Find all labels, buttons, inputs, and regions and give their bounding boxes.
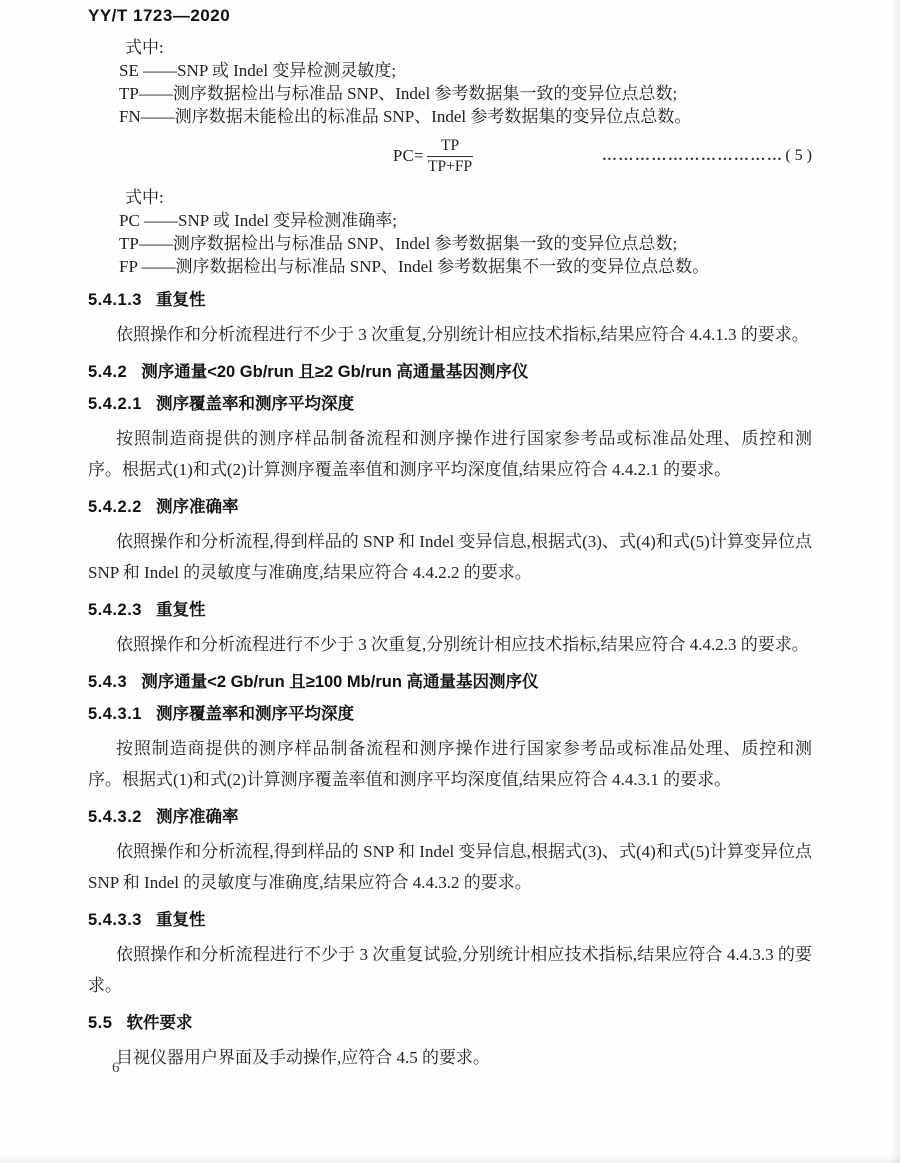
section-heading-5423: 5.4.2.3重复性 [88, 600, 812, 620]
equation-5-expression: PC= TP TP+FP [393, 137, 473, 176]
section-title: 软件要求 [126, 1014, 192, 1032]
section-title: 测序准确率 [156, 498, 239, 516]
section-number: 5.4.2 [88, 362, 127, 382]
where-label: 式中: [88, 186, 812, 209]
section-heading-543: 5.4.3测序通量<2 Gb/run 且≥100 Mb/run 高通量基因测序仪 [88, 672, 812, 692]
section-paragraph: 依照操作和分析流程进行不少于 3 次重复试验,分别统计相应技术指标,结果应符合 … [88, 939, 812, 1001]
equation-number: ( 5 ) [785, 147, 812, 165]
section-number: 5.4.3 [88, 672, 127, 692]
section-paragraph: 按照制造商提供的测序样品制备流程和测序操作进行国家参考品或标准品处理、质控和测序… [88, 733, 812, 795]
definition-line-fn: FN——测序数据未能检出的标准品 SNP、Indel 参考数据集的变异位点总数。 [88, 105, 812, 128]
page-number: 6 [112, 1060, 120, 1077]
fraction-denominator: TP+FP [428, 157, 472, 176]
section-heading-5432: 5.4.3.2测序准确率 [88, 807, 812, 827]
section-number: 5.4.2.2 [88, 497, 142, 517]
fraction-numerator: TP [427, 137, 473, 157]
section-title: 测序覆盖率和测序平均深度 [156, 395, 354, 413]
definition-line-tp: TP——测序数据检出与标准品 SNP、Indel 参考数据集一致的变异位点总数; [88, 232, 812, 255]
where-label: 式中: [88, 36, 812, 59]
section-heading-5421: 5.4.2.1测序覆盖率和测序平均深度 [88, 394, 812, 414]
document-page: YY/T 1723—2020 式中: SE ——SNP 或 Indel 变异检测… [0, 0, 900, 1163]
section-number: 5.4.1.3 [88, 290, 142, 310]
section-title: 重复性 [156, 601, 206, 619]
equation-5-leader: …………………………… ( 5 ) [602, 147, 812, 165]
section-number: 5.4.3.2 [88, 807, 142, 827]
equation-lhs: PC= [393, 146, 424, 166]
equation-5: PC= TP TP+FP …………………………… ( 5 ) [88, 134, 812, 178]
section-heading-55: 5.5软件要求 [88, 1013, 812, 1033]
section-number: 5.5 [88, 1013, 112, 1033]
section-paragraph: 目视仪器用户界面及手动操作,应符合 4.5 的要求。 [88, 1042, 812, 1073]
section-paragraph: 依照操作和分析流程进行不少于 3 次重复,分别统计相应技术指标,结果应符合 4.… [88, 629, 812, 660]
section-paragraph: 依照操作和分析流程,得到样品的 SNP 和 Indel 变异信息,根据式(3)、… [88, 836, 812, 898]
page-content: YY/T 1723—2020 式中: SE ——SNP 或 Indel 变异检测… [0, 0, 900, 1073]
fraction: TP TP+FP [427, 137, 473, 176]
section-paragraph: 依照操作和分析流程进行不少于 3 次重复,分别统计相应技术指标,结果应符合 4.… [88, 319, 812, 350]
section-heading-542: 5.4.2测序通量<20 Gb/run 且≥2 Gb/run 高通量基因测序仪 [88, 362, 812, 382]
section-paragraph: 依照操作和分析流程,得到样品的 SNP 和 Indel 变异信息,根据式(3)、… [88, 526, 812, 588]
section-heading-5433: 5.4.3.3重复性 [88, 910, 812, 930]
leader-dots: …………………………… [602, 148, 784, 165]
section-number: 5.4.2.3 [88, 600, 142, 620]
section-number: 5.4.3.1 [88, 704, 142, 724]
section-number: 5.4.2.1 [88, 394, 142, 414]
section-title: 测序通量<2 Gb/run 且≥100 Mb/run 高通量基因测序仪 [141, 673, 538, 691]
definition-line-pc: PC ——SNP 或 Indel 变异检测准确率; [88, 209, 812, 232]
section-title: 重复性 [156, 911, 206, 929]
section-title: 测序通量<20 Gb/run 且≥2 Gb/run 高通量基因测序仪 [141, 363, 528, 381]
section-number: 5.4.3.3 [88, 910, 142, 930]
doc-code-header: YY/T 1723—2020 [88, 4, 812, 28]
section-title: 测序准确率 [156, 808, 239, 826]
definition-line-tp: TP——测序数据检出与标准品 SNP、Indel 参考数据集一致的变异位点总数; [88, 82, 812, 105]
definition-line-se: SE ——SNP 或 Indel 变异检测灵敏度; [88, 59, 812, 82]
definition-line-fp: FP ——测序数据检出与标准品 SNP、Indel 参考数据集不一致的变异位点总… [88, 255, 812, 278]
section-title: 测序覆盖率和测序平均深度 [156, 705, 354, 723]
section-heading-5413: 5.4.1.3重复性 [88, 290, 812, 310]
section-paragraph: 按照制造商提供的测序样品制备流程和测序操作进行国家参考品或标准品处理、质控和测序… [88, 423, 812, 485]
section-heading-5431: 5.4.3.1测序覆盖率和测序平均深度 [88, 704, 812, 724]
section-heading-5422: 5.4.2.2测序准确率 [88, 497, 812, 517]
section-title: 重复性 [156, 291, 206, 309]
